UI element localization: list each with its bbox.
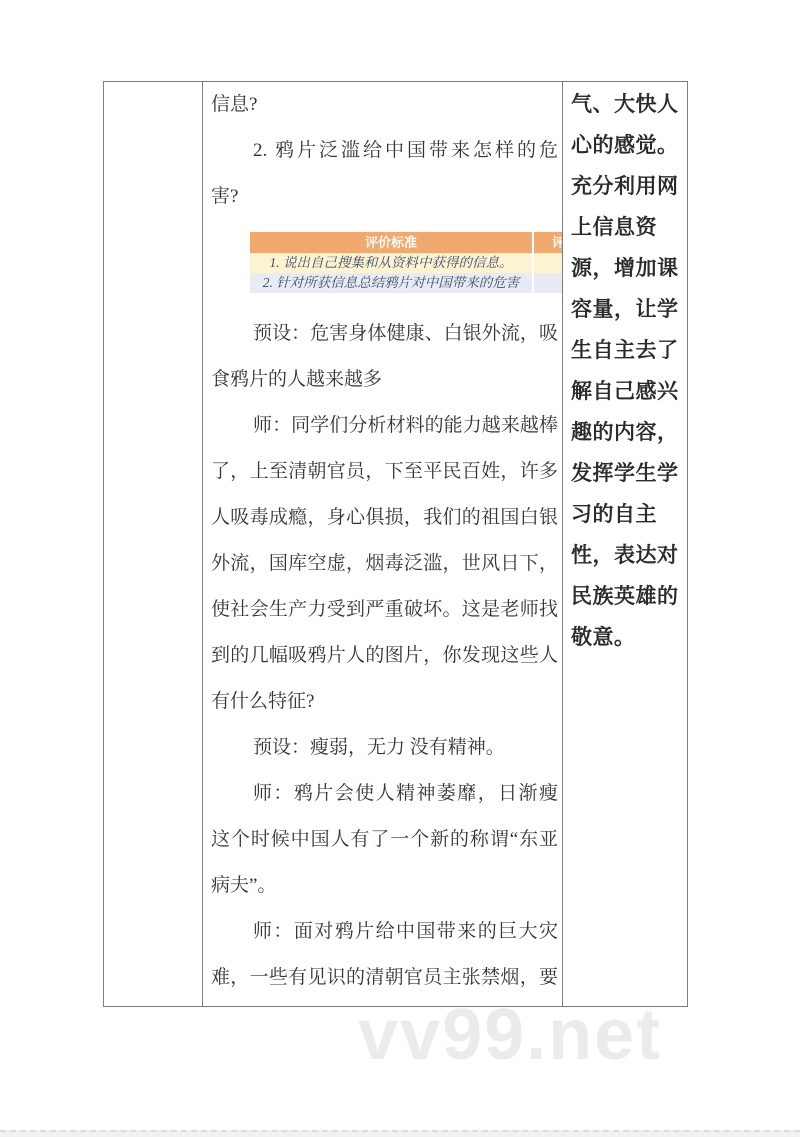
note-line: 气、大快人 — [571, 84, 683, 125]
note-line: 上信息资 — [571, 207, 683, 248]
text-line: 预设：瘦弱，无力 没有精神。 — [211, 725, 558, 771]
evaluation-rubric-table: 评价标准 评价 1. 说出自己搜集和从资料中获得的信息。 2. 针对所获信息总结… — [250, 232, 562, 293]
rubric-row: 1. 说出自己搜集和从资料中获得的信息。 — [250, 253, 562, 273]
note-line: 源，增加课 — [571, 248, 683, 289]
text-line: 师：同学们分析材料的能力越来越棒 — [211, 403, 558, 449]
text-line: 人吸毒成瘾，身心俱损，我们的祖国白银 — [211, 495, 558, 541]
text-line: 到的几幅吸鸦片人的图片，你发现这些人 — [211, 633, 558, 679]
note-line: 性，表达对 — [571, 535, 683, 576]
note-line: 趣的内容， — [571, 412, 683, 453]
text-line: 食鸦片的人越来越多 — [211, 357, 558, 403]
note-line: 敬意。 — [571, 617, 683, 658]
page-bottom-strip — [0, 1130, 800, 1137]
text-line: 有什么特征? — [211, 679, 558, 725]
note-line: 心的感觉。 — [571, 125, 683, 166]
text-line: 了，上至清朝官员，下至平民百姓，许多 — [211, 449, 558, 495]
rubric-inner: 评价标准 评价 1. 说出自己搜集和从资料中获得的信息。 2. 针对所获信息总结… — [250, 232, 562, 293]
rubric-header-rating: 评价 — [532, 232, 562, 253]
note-line: 充分利用网 — [571, 166, 683, 207]
text-line: 病夫”。 — [211, 863, 558, 909]
teaching-process-cell: 信息? 2. 鸦片泛滥给中国带来怎样的危 害? 评价标准 评价 1. 说出自己搜… — [203, 82, 563, 1006]
design-intent-cell: 气、大快人 心的感觉。 充分利用网 上信息资 源，增加课 容量，让学 生自主去了… — [563, 82, 687, 1006]
text-line: 师：面对鸦片给中国带来的巨大灾 — [211, 909, 558, 955]
rubric-header-criteria: 评价标准 — [250, 232, 532, 253]
text-line: 使社会生产力受到严重破坏。这是老师找 — [211, 587, 558, 633]
text-line: 预设：危害身体健康、白银外流，吸 — [211, 311, 558, 357]
note-line: 解自己感兴 — [571, 371, 683, 412]
site-watermark: vv99.net — [358, 994, 662, 1076]
rubric-header-row: 评价标准 评价 — [250, 232, 562, 253]
note-line: 民族英雄的 — [571, 576, 683, 617]
rubric-criterion: 1. 说出自己搜集和从资料中获得的信息。 — [250, 253, 532, 273]
rubric-rating-cell — [532, 253, 562, 273]
text-line: 外流，国库空虚，烟毒泛滥，世风日下， — [211, 541, 558, 587]
text-line: 信息? — [211, 82, 558, 128]
rubric-rating-cell — [532, 273, 562, 293]
lesson-plan-table: 信息? 2. 鸦片泛滥给中国带来怎样的危 害? 评价标准 评价 1. 说出自己搜… — [103, 81, 688, 1007]
note-line: 发挥学生学 — [571, 453, 683, 494]
text-line: 2. 鸦片泛滥给中国带来怎样的危 — [211, 128, 558, 174]
note-line: 生自主去了 — [571, 330, 683, 371]
rubric-row: 2. 针对所获信息总结鸦片对中国带来的危害 — [250, 273, 562, 293]
empty-left-cell — [104, 82, 203, 1006]
note-line: 容量，让学 — [571, 289, 683, 330]
note-line: 习的自主 — [571, 494, 683, 535]
rubric-criterion: 2. 针对所获信息总结鸦片对中国带来的危害 — [250, 273, 532, 293]
text-line: 害? — [211, 174, 558, 220]
text-line: 师：鸦片会使人精神萎靡，日渐瘦弱， — [211, 771, 558, 817]
text-line: 这个时候中国人有了一个新的称谓“东亚 — [211, 817, 558, 863]
